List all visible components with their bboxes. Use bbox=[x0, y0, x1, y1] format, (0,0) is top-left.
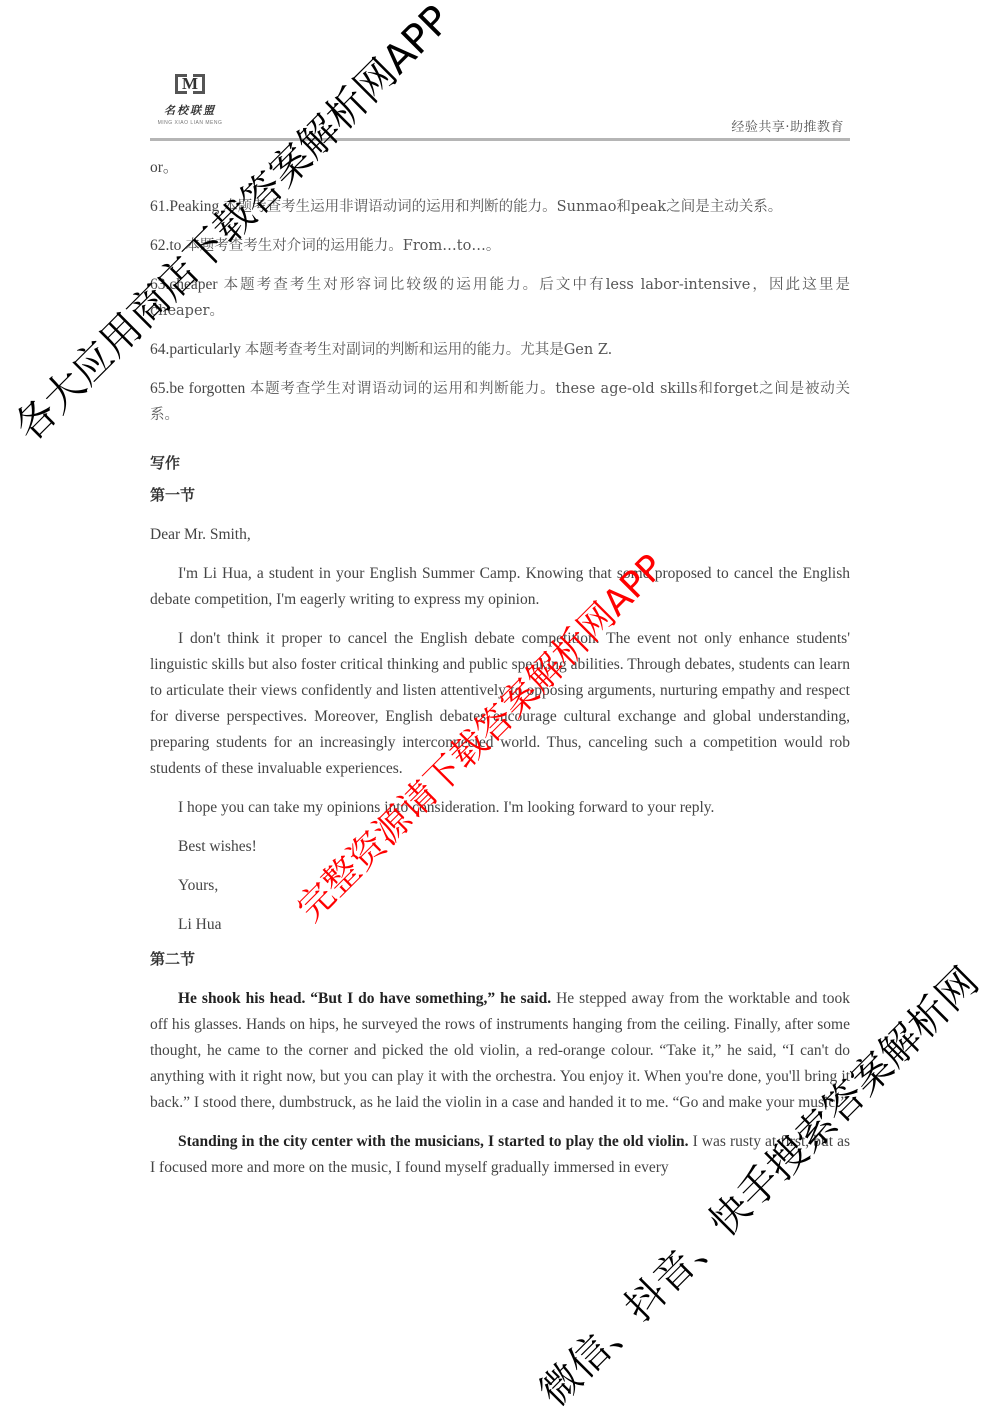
section-1-heading: 第一节 bbox=[150, 482, 850, 508]
letter-paragraph: I don't think it proper to cancel the En… bbox=[150, 626, 850, 782]
page-header: M 名校联盟 MING XIAO LIAN MENG 经验共享·助推教育 bbox=[150, 70, 850, 140]
document-body: or。 61.Peaking 本题考查考生运用非谓语动词的运用和判断的能力。Su… bbox=[150, 155, 850, 1194]
letter-paragraph: I'm Li Hua, a student in your English Su… bbox=[150, 561, 850, 613]
logo-subtitle: MING XIAO LIAN MENG bbox=[150, 120, 230, 126]
leading-fragment: or。 bbox=[150, 155, 850, 181]
letter-closing: Best wishes! bbox=[150, 834, 850, 860]
story-paragraph: He shook his head. “But I do have someth… bbox=[150, 986, 850, 1116]
book-logo-icon: M bbox=[173, 72, 207, 96]
story-paragraph: Standing in the city center with the mus… bbox=[150, 1129, 850, 1181]
answer-item: 64.particularly 本题考查考生对副词的判断和运用的能力。尤其是Ge… bbox=[150, 337, 850, 363]
answer-item: 61.Peaking 本题考查考生运用非谓语动词的运用和判断的能力。Sunmao… bbox=[150, 194, 850, 220]
letter-salutation: Dear Mr. Smith, bbox=[150, 522, 850, 548]
letter-signoff: Yours, bbox=[150, 873, 850, 899]
answer-item: 63.cheaper 本题考查考生对形容词比较级的运用能力。后文中有less l… bbox=[150, 272, 850, 324]
letter-signature: Li Hua bbox=[150, 912, 850, 938]
header-slogan: 经验共享·助推教育 bbox=[731, 116, 844, 135]
letter-paragraph: I hope you can take my opinions into con… bbox=[150, 795, 850, 821]
logo: M 名校联盟 MING XIAO LIAN MENG bbox=[150, 70, 230, 126]
header-divider bbox=[150, 138, 850, 141]
logo-name: 名校联盟 bbox=[150, 102, 230, 118]
section-2-heading: 第二节 bbox=[150, 946, 850, 972]
answer-item: 65.be forgotten 本题考查学生对谓语动词的运用和判断能力。thes… bbox=[150, 376, 850, 428]
writing-heading: 写作 bbox=[150, 450, 850, 476]
answer-item: 62.to 本题考查考生对介词的运用能力。From…to…。 bbox=[150, 233, 850, 259]
